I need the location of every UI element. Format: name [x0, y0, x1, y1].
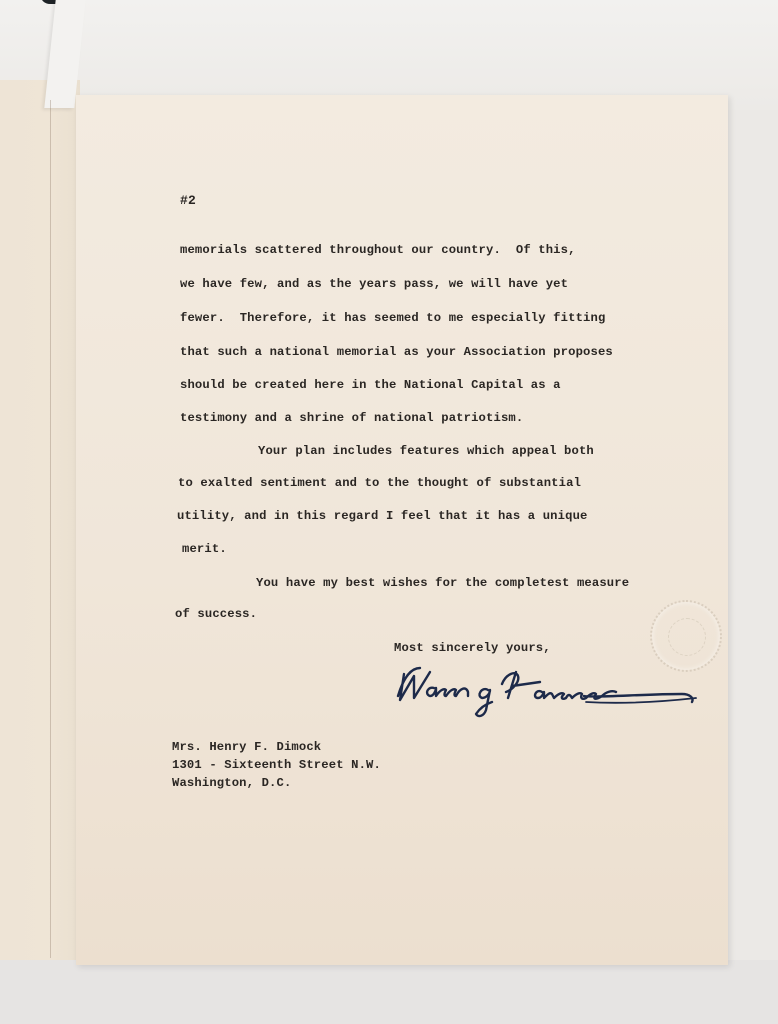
seal-inner-ring — [668, 618, 706, 656]
body-line: should be created here in the National C… — [180, 378, 561, 392]
letter-page: #2 memorials scattered throughout our co… — [76, 95, 728, 965]
body-line: of success. — [175, 607, 257, 621]
body-line: You have my best wishes for the complete… — [256, 576, 629, 590]
closing-line: Most sincerely yours, — [394, 641, 551, 655]
body-line: merit. — [182, 542, 227, 556]
recipient-street: 1301 - Sixteenth Street N.W. — [172, 758, 381, 772]
page-number: #2 — [180, 193, 196, 208]
table-surface-top — [0, 0, 778, 110]
body-line: fewer. Therefore, it has seemed to me es… — [180, 311, 605, 325]
recipient-name: Mrs. Henry F. Dimock — [172, 740, 321, 754]
body-line: that such a national memorial as your As… — [180, 345, 613, 359]
body-line: to exalted sentiment and to the thought … — [178, 476, 581, 490]
signature-strokes-icon — [390, 662, 720, 722]
left-folded-page — [0, 80, 80, 960]
body-line: utility, and in this regard I feel that … — [177, 509, 588, 523]
body-line: memorials scattered throughout our count… — [180, 243, 576, 257]
handwritten-signature — [390, 662, 720, 722]
spine-fold — [50, 100, 51, 958]
body-line: we have few, and as the years pass, we w… — [180, 277, 568, 291]
recipient-city: Washington, D.C. — [172, 776, 291, 790]
body-line: Your plan includes features which appeal… — [258, 444, 594, 458]
table-surface-bottom — [0, 960, 778, 1024]
body-line: testimony and a shrine of national patri… — [180, 411, 523, 425]
